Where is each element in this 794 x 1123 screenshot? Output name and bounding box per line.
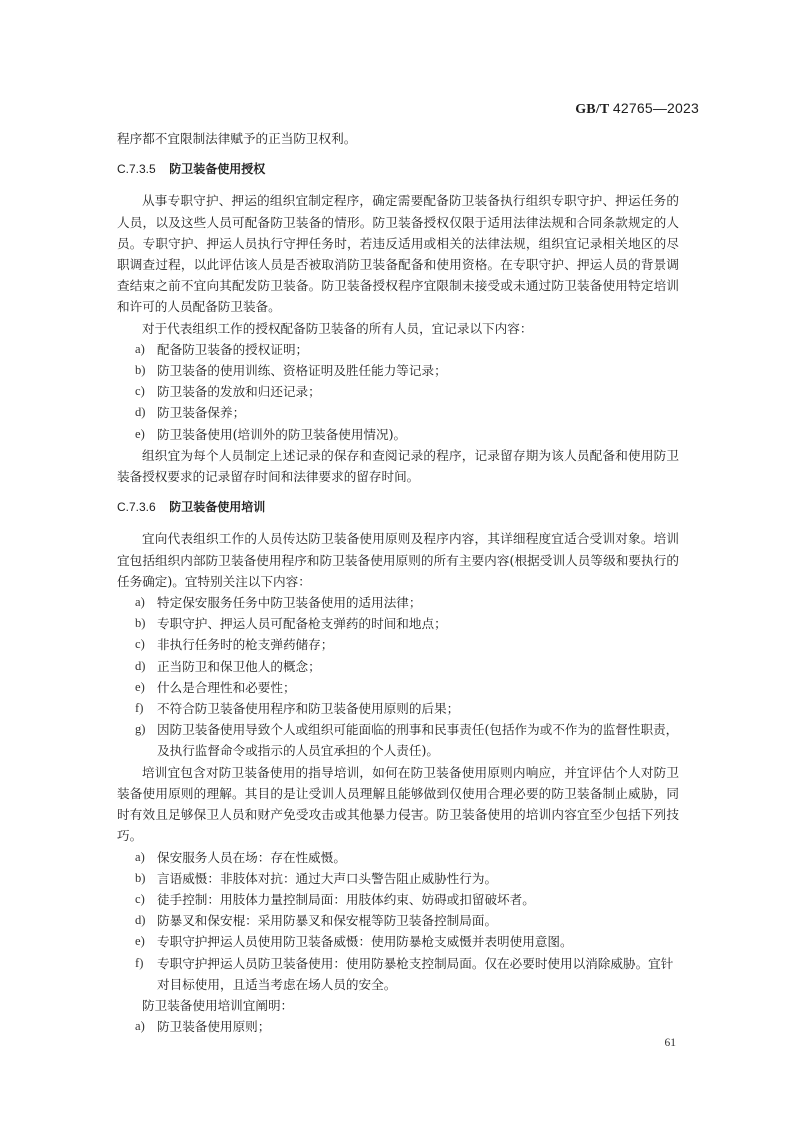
list-marker: a) [135,339,157,360]
paragraph: 宜向代表组织工作的人员传达防卫装备使用原则及程序内容，其详细程度宜适合受训对象。… [117,528,679,592]
section-number: C.7.3.5 [117,159,165,180]
list-item: a)保安服务人员在场：存在性威慑。 [135,847,679,868]
list-item: e)什么是合理性和必要性； [135,677,679,698]
list-marker: d) [135,656,157,677]
clarify-list: a)防卫装备使用原则； [117,1016,679,1037]
list-item: a)防卫装备使用原则； [135,1016,679,1037]
page-number: 61 [665,1037,677,1049]
list-text: 正当防卫和保卫他人的概念； [157,656,679,677]
paragraph: 对于代表组织工作的授权配备防卫装备的所有人员，宜记录以下内容： [117,318,679,339]
list-marker: e) [135,677,157,698]
paragraph: 从事专职守护、押运的组织宜制定程序，确定需要配备防卫装备执行组织专职守护、押运任… [117,190,679,317]
list-marker: e) [135,424,157,445]
list-marker: c) [135,634,157,655]
list-item: b)防卫装备的使用训练、资格证明及胜任能力等记录； [135,360,679,381]
record-list: a)配备防卫装备的授权证明； b)防卫装备的使用训练、资格证明及胜任能力等记录；… [117,339,679,445]
list-item: f)专职守护押运人员防卫装备使用：使用防暴枪支控制局面。仅在必要时使用以消除威胁… [135,953,679,995]
list-text: 徒手控制：用肢体力量控制局面：用肢体约束、妨碍或扣留破坏者。 [157,889,679,910]
list-marker: d) [135,910,157,931]
list-text: 防卫装备的发放和归还记录； [157,381,679,402]
list-text: 保安服务人员在场：存在性威慑。 [157,847,679,868]
section-heading-c736: C.7.3.6 防卫装备使用培训 [117,497,679,518]
section-number: C.7.3.6 [117,497,165,518]
standard-prefix: GB/T [575,102,609,117]
list-marker: c) [135,889,157,910]
list-marker: a) [135,592,157,613]
paragraph: 组织宜为每个人员制定上述记录的保存和查阅记录的程序，记录留存期为该人员配备和使用… [117,445,679,487]
list-text: 什么是合理性和必要性； [157,677,679,698]
list-marker: c) [135,381,157,402]
list-item: d)正当防卫和保卫他人的概念； [135,656,679,677]
list-item: e)专职守护押运人员使用防卫装备威慑：使用防暴枪支威慑并表明使用意图。 [135,931,679,952]
list-marker: e) [135,931,157,952]
list-text: 防卫装备保养； [157,402,679,423]
list-item: f)不符合防卫装备使用程序和防卫装备使用原则的后果； [135,698,679,719]
list-item: c)徒手控制：用肢体力量控制局面：用肢体约束、妨碍或扣留破坏者。 [135,889,679,910]
technique-list: a)保安服务人员在场：存在性威慑。 b)言语威慑：非肢体对抗：通过大声口头警告阻… [117,847,679,995]
list-marker: f) [135,953,157,995]
list-text: 配备防卫装备的授权证明； [157,339,679,360]
section-title: 防卫装备使用授权 [169,162,265,176]
list-marker: d) [135,402,157,423]
page-content: 程序都不宜限制法律赋予的正当防卫权利。 C.7.3.5 防卫装备使用授权 从事专… [117,128,679,1037]
list-text: 不符合防卫装备使用程序和防卫装备使用原则的后果； [157,698,679,719]
list-item: b)言语威慑：非肢体对抗：通过大声口头警告阻止威胁性行为。 [135,868,679,889]
list-text: 防卫装备使用原则； [157,1016,679,1037]
list-text: 防卫装备使用(培训外的防卫装备使用情况)。 [157,424,679,445]
list-marker: a) [135,847,157,868]
list-marker: g) [135,719,157,761]
list-marker: b) [135,868,157,889]
paragraph: 培训宜包含对防卫装备使用的指导培训，如何在防卫装备使用原则内响应，并宜评估个人对… [117,762,679,847]
list-item: b)专职守护、押运人员可配备枪支弹药的时间和地点； [135,613,679,634]
list-item: d)防暴叉和保安棍：采用防暴叉和保安棍等防卫装备控制局面。 [135,910,679,931]
list-item: e)防卫装备使用(培训外的防卫装备使用情况)。 [135,424,679,445]
list-marker: a) [135,1016,157,1037]
list-text: 专职守护、押运人员可配备枪支弹药的时间和地点； [157,613,679,634]
list-marker: f) [135,698,157,719]
list-text: 防卫装备的使用训练、资格证明及胜任能力等记录； [157,360,679,381]
list-text: 因防卫装备使用导致个人或组织可能面临的刑事和民事责任(包括作为或不作为的监督性职… [157,719,679,761]
paragraph: 防卫装备使用培训宜阐明： [117,995,679,1016]
list-item: a)配备防卫装备的授权证明； [135,339,679,360]
list-text: 特定保安服务任务中防卫装备使用的适用法律； [157,592,679,613]
list-text: 防暴叉和保安棍：采用防暴叉和保安棍等防卫装备控制局面。 [157,910,679,931]
list-text: 专职守护押运人员使用防卫装备威慑：使用防暴枪支威慑并表明使用意图。 [157,931,679,952]
list-text: 非执行任务时的枪支弹药储存； [157,634,679,655]
continuation-paragraph: 程序都不宜限制法律赋予的正当防卫权利。 [117,128,679,149]
standard-number: 42765—2023 [613,100,699,116]
standard-header: GB/T 42765—2023 [575,100,699,118]
section-title: 防卫装备使用培训 [169,500,265,514]
list-item: c)防卫装备的发放和归还记录； [135,381,679,402]
list-item: c)非执行任务时的枪支弹药储存； [135,634,679,655]
focus-list: a)特定保安服务任务中防卫装备使用的适用法律； b)专职守护、押运人员可配备枪支… [117,592,679,762]
list-text: 专职守护押运人员防卫装备使用：使用防暴枪支控制局面。仅在必要时使用以消除威胁。宜… [157,953,679,995]
list-item: d)防卫装备保养； [135,402,679,423]
list-marker: b) [135,360,157,381]
list-item: a)特定保安服务任务中防卫装备使用的适用法律； [135,592,679,613]
list-text: 言语威慑：非肢体对抗：通过大声口头警告阻止威胁性行为。 [157,868,679,889]
list-item: g)因防卫装备使用导致个人或组织可能面临的刑事和民事责任(包括作为或不作为的监督… [135,719,679,761]
section-heading-c735: C.7.3.5 防卫装备使用授权 [117,159,679,180]
list-marker: b) [135,613,157,634]
